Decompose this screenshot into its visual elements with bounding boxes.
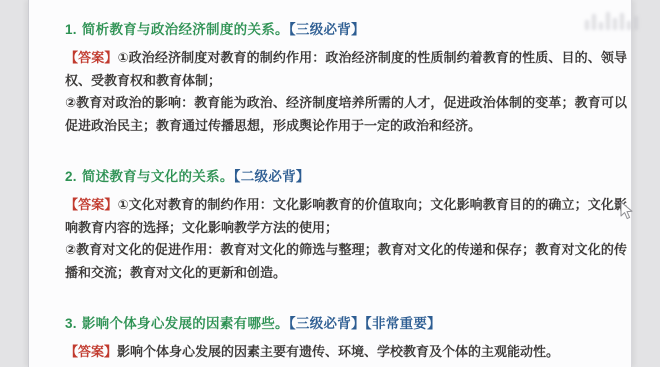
answer-2-text-1: ①文化对教育的制约作用：文化影响教育的价值取向；文化影响教育目的的确立；文化影响…	[65, 197, 627, 235]
answer-2-paragraph-2: ②教育对文化的促进作用：教育对文化的筛选与整理；教育对文化的传递和保存；教育对文…	[65, 239, 627, 284]
question-2-title: 简述教育与文化的关系。	[82, 169, 234, 184]
question-3: 3.影响个体身心发展的因素有哪些。【三级必背】【非常重要】	[65, 314, 627, 334]
question-3-tag-2: 【非常重要】	[365, 316, 441, 331]
faint-logo-watermark	[585, 6, 657, 30]
answer-3-paragraph-1: 【答案】影响个体身心发展的因素主要有遗传、环境、学校教育及个体的主观能动性。	[65, 341, 627, 364]
question-1-title: 简析教育与政治经济制度的关系。	[82, 22, 289, 37]
answer-2-text-2: ②教育对文化的促进作用：教育对文化的筛选与整理；教育对文化的传递和保存；教育对文…	[65, 242, 627, 280]
question-1: 1.简析教育与政治经济制度的关系。【三级必背】	[65, 20, 627, 40]
answer-3-text-1: 影响个体身心发展的因素主要有遗传、环境、学校教育及个体的主观能动性。	[117, 344, 559, 359]
question-2-tag: 【二级必背】	[234, 169, 310, 184]
question-1-number: 1.	[65, 22, 77, 37]
question-3-number: 3.	[65, 316, 77, 331]
question-2: 2.简述教育与文化的关系。【二级必背】	[65, 167, 627, 187]
answer-1-paragraph-1: 【答案】①政治经济制度对教育的制约作用：政治经济制度的性质制约着教育的性质、目的…	[65, 47, 627, 92]
document-content: 1.简析教育与政治经济制度的关系。【三级必背】 【答案】①政治经济制度对教育的制…	[29, 0, 631, 364]
answer-1-paragraph-2: ②教育对政治的影响：教育能为政治、经济制度培养所需的人才，促进政治体制的变革；教…	[65, 92, 627, 137]
question-3-tag-1: 【三级必背】	[289, 316, 365, 331]
answer-2-paragraph-1: 【答案】①文化对教育的制约作用：文化影响教育的价值取向；文化影响教育目的的确立；…	[65, 194, 627, 239]
question-1-tag: 【三级必背】	[289, 22, 365, 37]
answer-label: 【答案】	[65, 50, 117, 65]
answer-1-text-1: ①政治经济制度对教育的制约作用：政治经济制度的性质制约着教育的性质、目的、领导权…	[65, 50, 627, 88]
answer-label: 【答案】	[65, 197, 117, 212]
answer-1-text-2: ②教育对政治的影响：教育能为政治、经济制度培养所需的人才，促进政治体制的变革；教…	[65, 95, 627, 133]
question-3-title: 影响个体身心发展的因素有哪些。	[82, 316, 289, 331]
document-page[interactable]: 1.简析教育与政治经济制度的关系。【三级必背】 【答案】①政治经济制度对教育的制…	[29, 0, 631, 367]
screen: 1.简析教育与政治经济制度的关系。【三级必背】 【答案】①政治经济制度对教育的制…	[0, 0, 660, 367]
question-2-number: 2.	[65, 169, 77, 184]
answer-label: 【答案】	[65, 344, 117, 359]
